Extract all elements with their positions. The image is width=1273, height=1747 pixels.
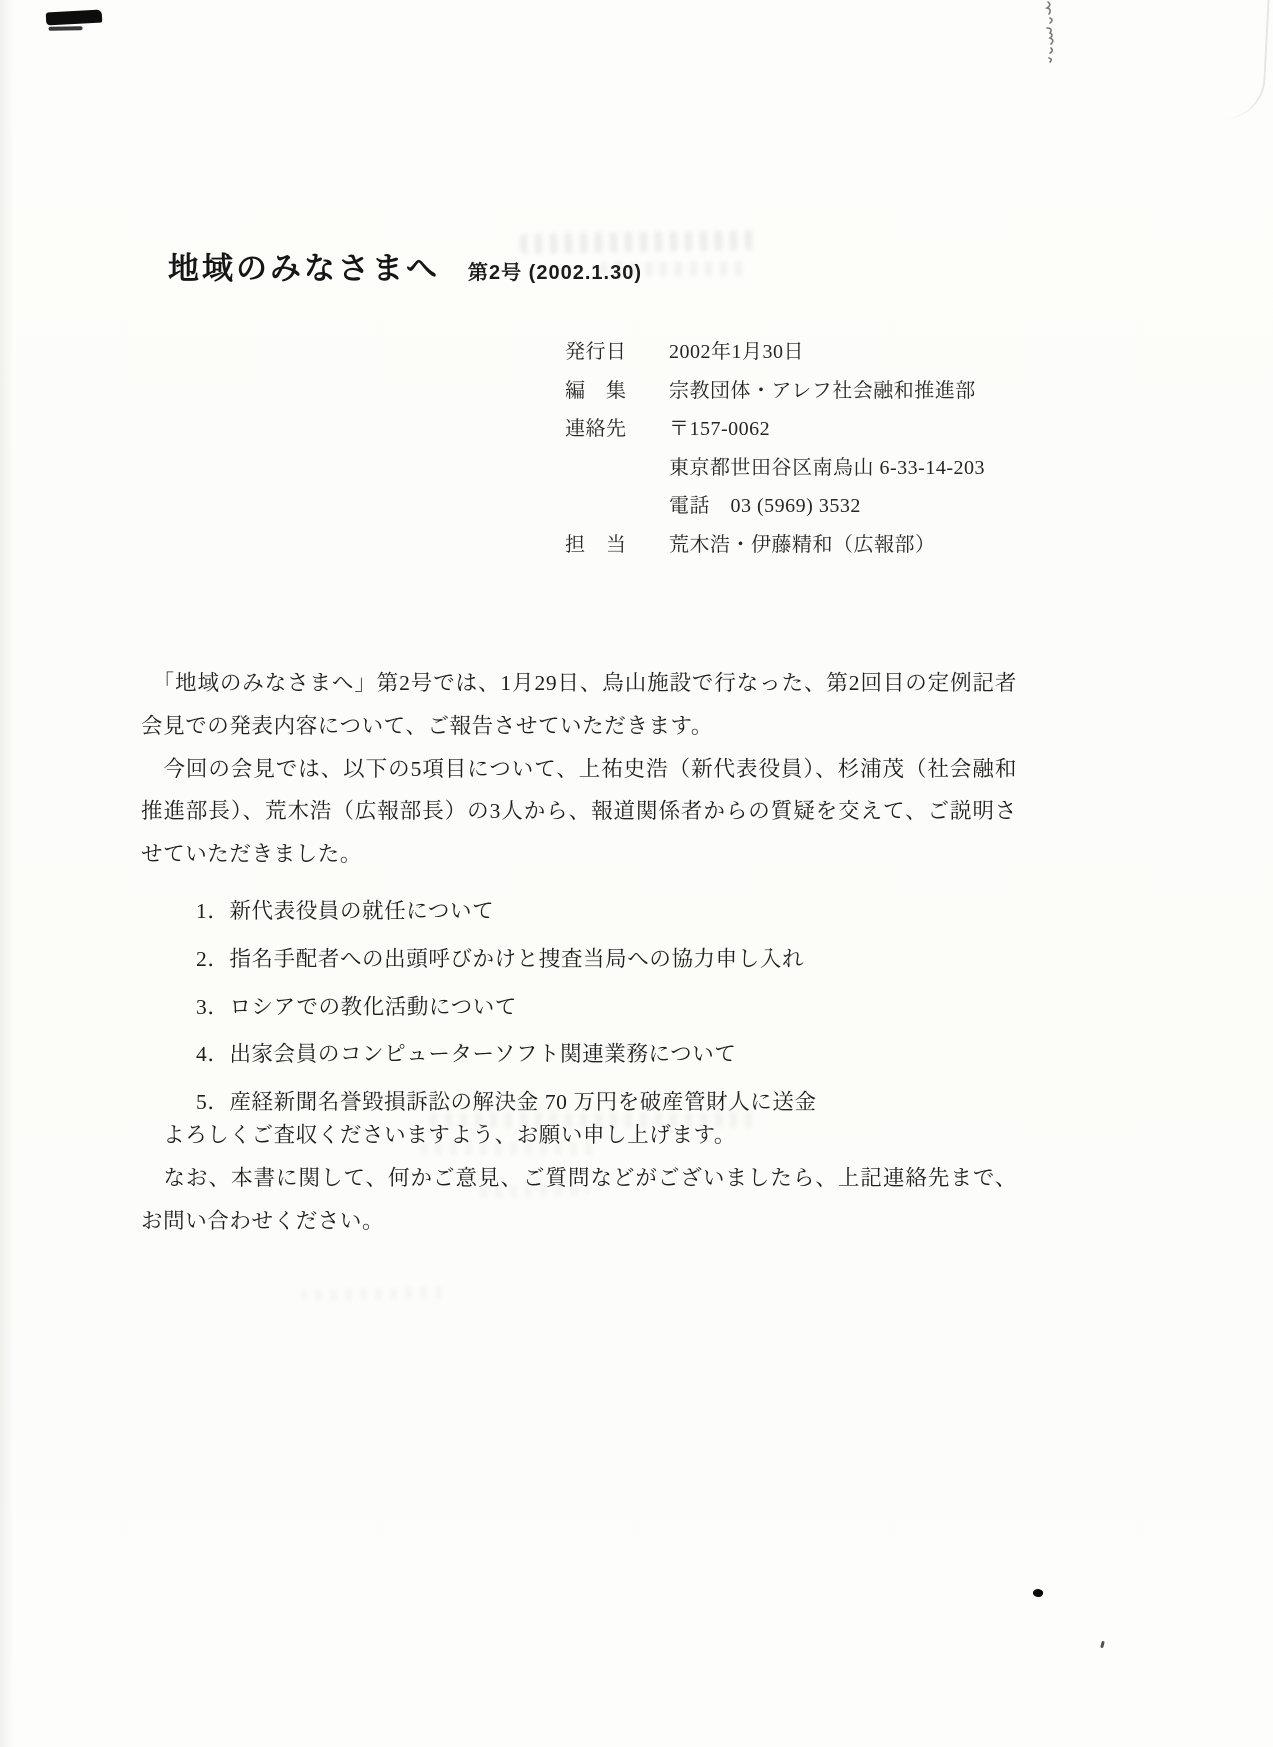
masthead-value: 宗教団体・アレフ社会融和推進部 [669,372,976,411]
scan-edge-shadow [0,0,14,1747]
paragraph-report-intro: 「地域のみなさまへ」第2号では、1月29日、烏山施設で行なった、第2回目の定例記… [141,662,1017,748]
agenda-list: 1．新代表役員の就任について 2．指名手配者への出頭呼びかけと捜査当局への協力申… [196,888,956,1127]
scan-ink-tick [1100,1641,1105,1649]
scan-corner-artifact [1221,0,1270,121]
agenda-item-1: 1．新代表役員の就任について [196,888,956,936]
scan-ink-blot [1032,1588,1044,1599]
masthead-value: 〒157-0062 [669,410,770,449]
bleed-through-smudge [300,1287,450,1302]
paragraph-press-conference: 今回の会見では、以下の5項目について、上祐史浩（新代表役員）、杉浦茂（社会融和推… [141,748,1017,876]
document-header: 地域のみなさまへ 第2号 (2002.1.30) [168,243,642,288]
scan-ink-mark [46,10,103,26]
masthead-row-publish-date: 発行日 2002年1月30日 [565,333,985,372]
paragraph-closing-request: よろしくご査収くださいますよう、お願い申し上げます。 [141,1114,1017,1157]
masthead-row-editor: 編 集 宗教団体・アレフ社会融和推進部 [565,372,985,411]
closing-paragraphs: よろしくご査収くださいますよう、お願い申し上げます。 なお、本書に関して、何かご… [141,1114,1017,1243]
masthead-label: 担 当 [565,526,643,565]
masthead-row-contact-postal: 連絡先 〒157-0062 [565,410,985,449]
masthead-row-staff: 担 当 荒木浩・伊藤精和（広報部） [565,526,985,565]
document-issue-number: 第2号 (2002.1.30) [468,256,642,285]
masthead-row-contact-address: 東京都世田谷区南烏山 6-33-14-203 [565,449,985,488]
agenda-item-2: 2．指名手配者への出頭呼びかけと捜査当局への協力申し入れ [196,936,956,984]
masthead-row-contact-phone: 電話 03 (5969) 3532 [565,487,985,526]
masthead-value: 東京都世田谷区南烏山 6-33-14-203 [669,449,985,488]
scanned-document-page: 地域のみなさまへ 第2号 (2002.1.30) 発行日 2002年1月30日 … [0,0,1273,1747]
masthead-value: 2002年1月30日 [669,333,804,372]
masthead-label [565,449,643,488]
agenda-item-4: 4．出家会員のコンピューターソフト関連業務について [196,1031,956,1079]
agenda-item-3: 3．ロシアでの教化活動について [196,984,956,1032]
document-title: 地域のみなさまへ [168,243,440,288]
masthead-info-block: 発行日 2002年1月30日 編 集 宗教団体・アレフ社会融和推進部 連絡先 〒… [565,333,985,564]
masthead-label: 連絡先 [565,410,643,449]
masthead-label: 発行日 [565,333,643,372]
masthead-label [565,487,643,526]
handwriting-artifact [1040,0,1062,80]
masthead-value: 荒木浩・伊藤精和（広報部） [669,526,936,565]
paragraph-closing-contact: なお、本書に関して、何かご意見、ご質問などがございましたら、上記連絡先まで、お問… [141,1157,1017,1243]
body-paragraphs: 「地域のみなさまへ」第2号では、1月29日、烏山施設で行なった、第2回目の定例記… [141,662,1017,876]
masthead-value: 電話 03 (5969) 3532 [669,487,861,526]
masthead-label: 編 集 [565,372,643,411]
